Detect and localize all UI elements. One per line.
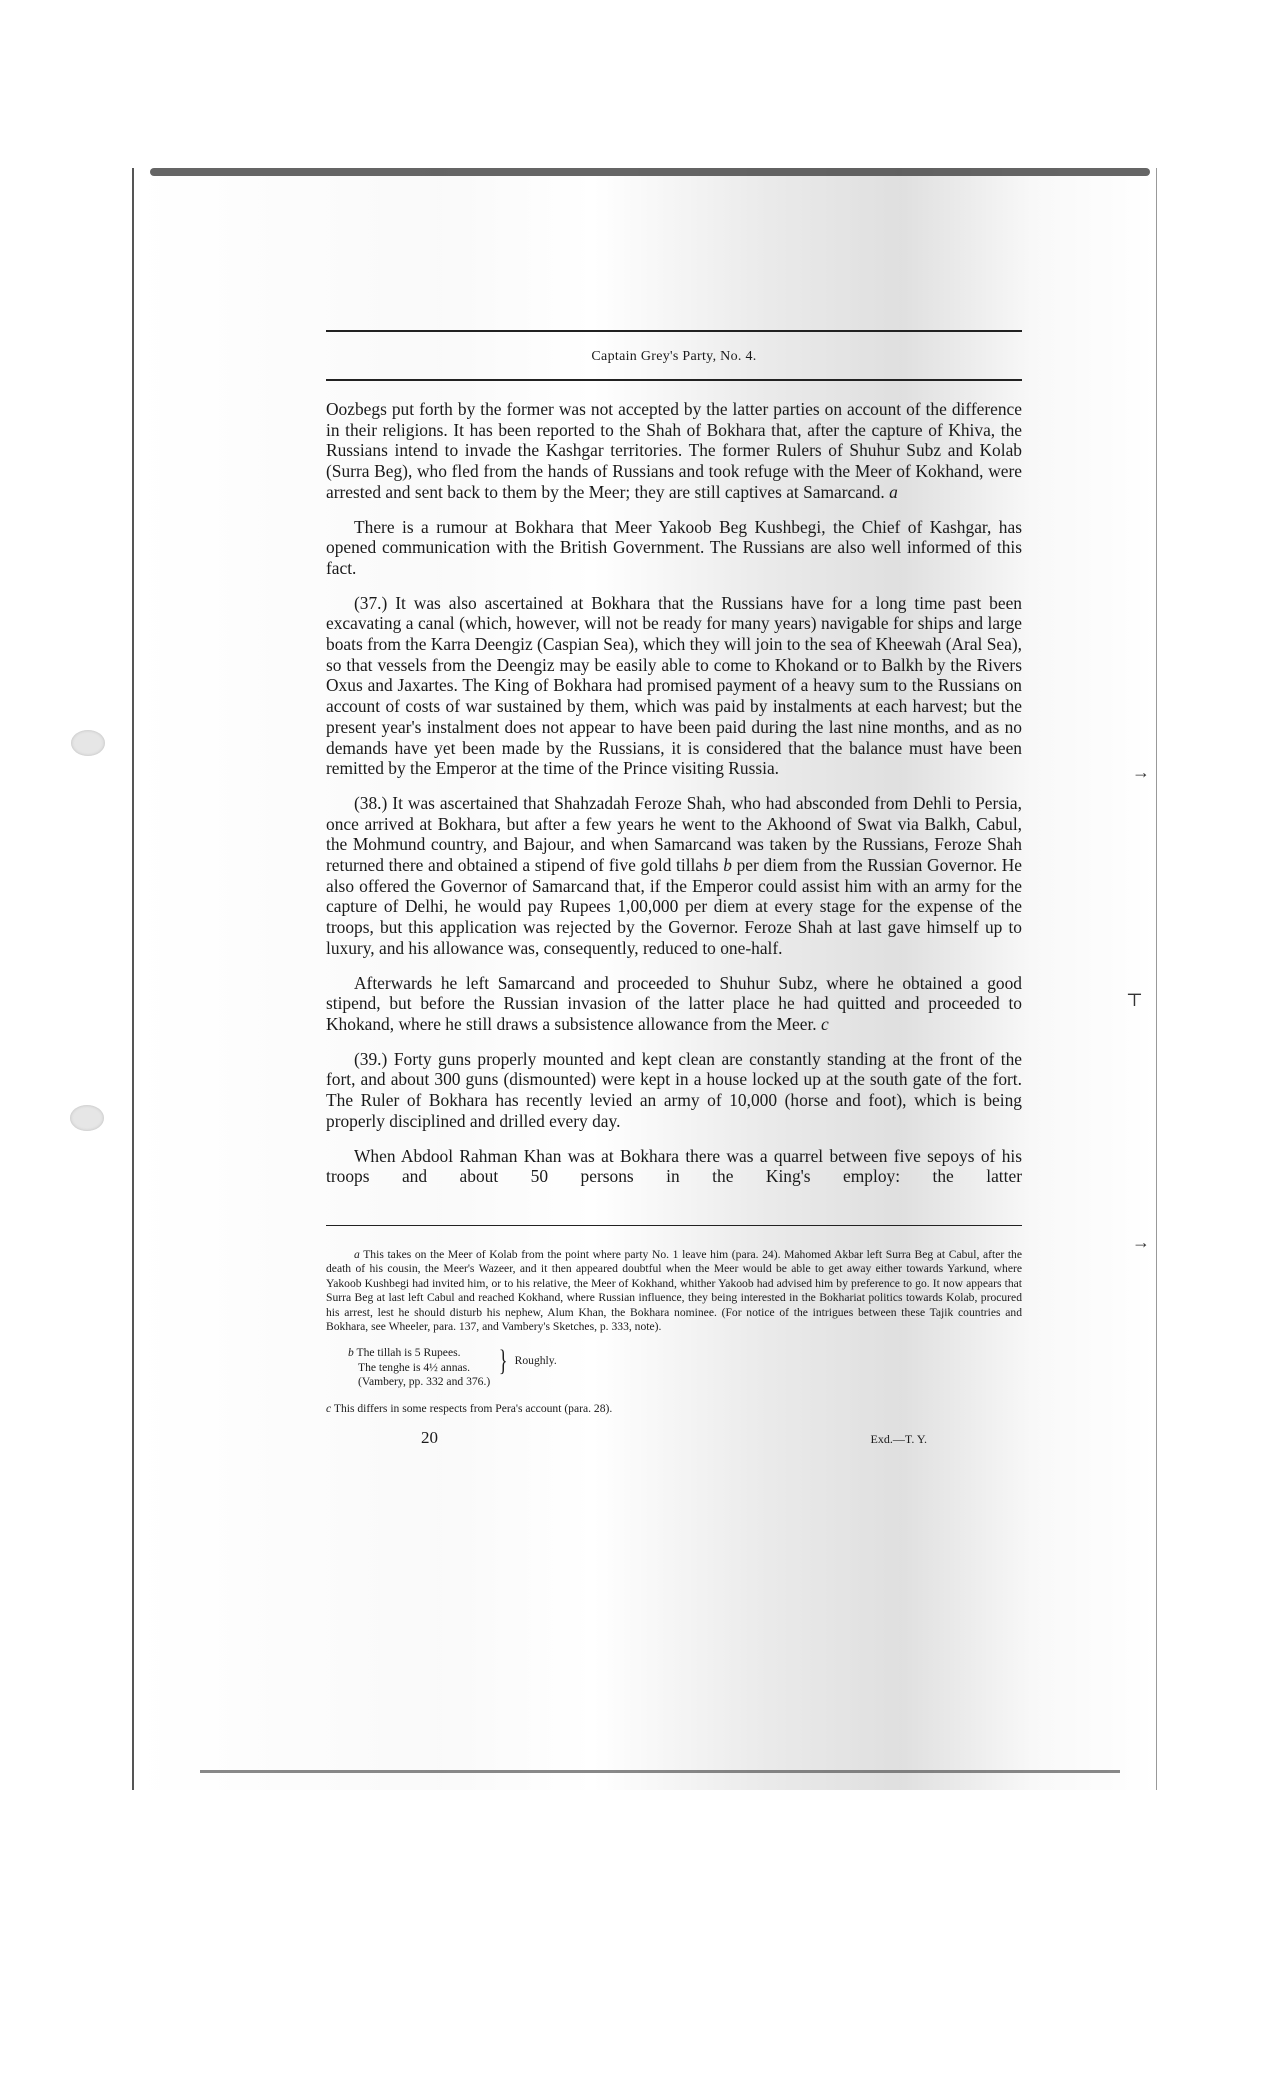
punch-hole-top: [71, 730, 105, 756]
footnote-c: c This differs in some respects from Per…: [326, 1402, 1022, 1416]
footnote-ref-a[interactable]: a: [889, 482, 898, 502]
margin-mark: →: [1132, 762, 1150, 783]
examined-mark: Exd.—T. Y.: [871, 1432, 927, 1447]
paragraph-afterwards: Afterwards he left Samarcand and proceed…: [326, 973, 1022, 1035]
running-head: Captain Grey's Party, No. 4.: [326, 332, 1022, 379]
paragraph-39: (39.) Forty guns properly mounted and ke…: [326, 1049, 1022, 1132]
paragraph-abdool: When Abdool Rahman Khan was at Bokhara t…: [326, 1146, 1022, 1187]
margin-mark: →: [1132, 1232, 1150, 1253]
footnotes: a This takes on the Meer of Kolab from t…: [326, 1248, 1022, 1416]
punch-hole-bottom: [70, 1105, 104, 1131]
paragraph-37: (37.) It was also ascertained at Bokhara…: [326, 593, 1022, 779]
page-footer: 20 Exd.—T. Y.: [326, 1428, 1022, 1448]
document-page: Captain Grey's Party, No. 4. Oozbegs put…: [326, 330, 1022, 1448]
body-text: Oozbegs put forth by the former was not …: [326, 399, 1022, 1187]
paragraph-rumour: There is a rumour at Bokhara that Meer Y…: [326, 517, 1022, 579]
sheet-bottom-edge: [200, 1770, 1120, 1773]
footnote-a: a This takes on the Meer of Kolab from t…: [326, 1248, 1022, 1334]
header-rule-bottom: [326, 379, 1022, 381]
page-number: 20: [421, 1428, 438, 1448]
footnote-ref-b[interactable]: b: [723, 855, 732, 875]
margin-mark: ⊤: [1126, 990, 1143, 1011]
brace-icon: }: [499, 1347, 508, 1375]
paragraph-38: (38.) It was ascertained that Shahzadah …: [326, 793, 1022, 959]
paragraph-continued: Oozbegs put forth by the former was not …: [326, 399, 1022, 503]
footnote-rule: [326, 1225, 1022, 1226]
footnote-ref-c[interactable]: c: [821, 1014, 829, 1034]
sheet-top-edge: [150, 168, 1150, 176]
footnote-b: b The tillah is 5 Rupees. The tenghe is …: [348, 1346, 1022, 1389]
